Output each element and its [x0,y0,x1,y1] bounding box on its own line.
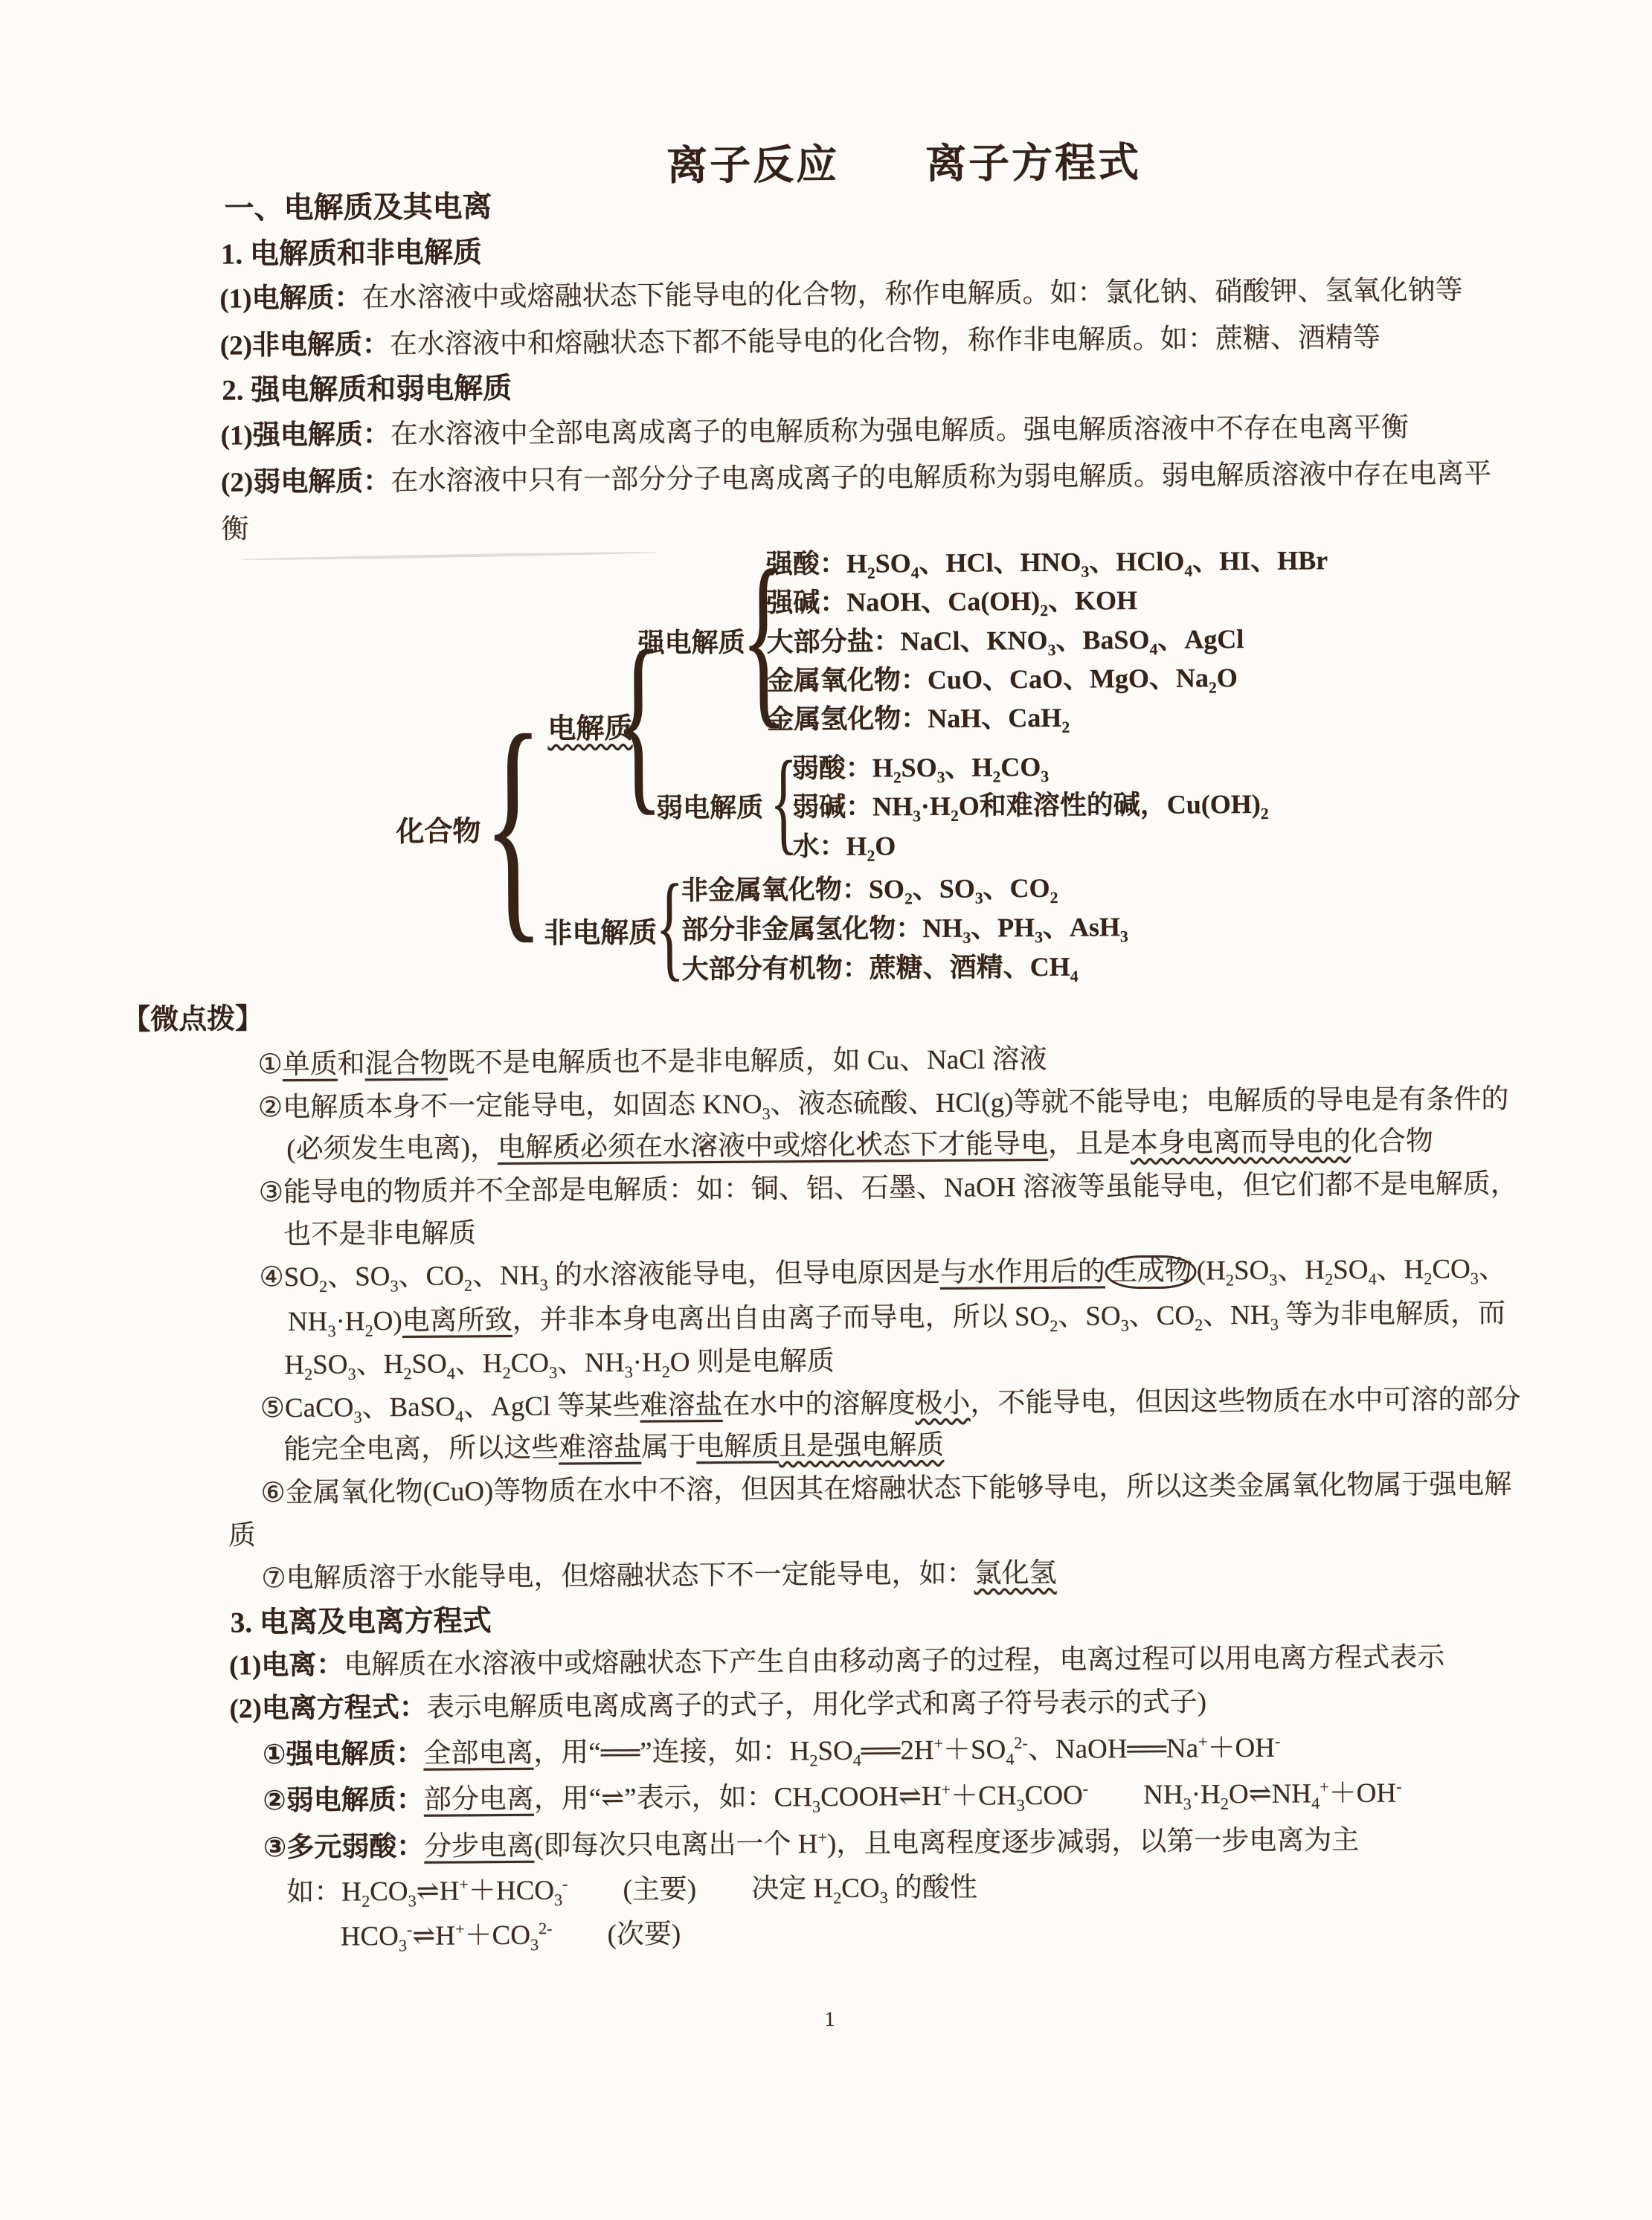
diagram-non-item-organic: 大部分有机物：蔗糖、酒精、CH4 [681,946,1078,987]
definition-weak-electrolyte-text: 在水溶液中只有一部分分子电离成离子的电解质称为弱电解质。弱电解质溶液中存在电离平 [390,459,1491,497]
tips-heading: 【微点拨】 [122,1002,263,1038]
ionization-point-weak: ②弱电解质：部分电离，用“⇌”表示，如：CH3COOH⇌H+＋CH3COO- N… [263,1777,1401,1819]
definition-ionization-equation: (2)电离方程式：表示电解质电离成离子的式子，用化学式和离子符号表示的式子) [229,1685,1206,1726]
pencil-smudge [242,551,658,562]
diagram-strong-item-metal-hydride: 金属氢化物：NaH、CaH2 [767,697,1070,737]
ionization-point-polyprotic: ③多元弱酸：分步电离(即每次只电离出一个 H+)，且电离程度逐步减弱，以第一步电… [263,1824,1360,1866]
diagram-non-item-nonmetal-hydride: 部分非金属氢化物：NH3、PH3、AsH3 [681,906,1128,947]
tips-line-4: ④SO2、SO3、CO2、NH3 的水溶液能导电，但导电原因是与水作用后的生成物… [259,1252,1506,1296]
definition-strong-electrolyte-text: 在水溶液中全部电离成离子的电解质称为强电解质。强电解质溶液中不存在电离平衡 [390,413,1409,451]
tips-line-5: ⑤CaCO3、BaSO4、AgCl 等某些难溶盐在水中的溶解度极小，不能导电，但… [260,1383,1521,1426]
subsection-2-heading: 2. 强电解质和弱电解质 [222,371,512,409]
diagram-node-non-electrolyte: 非电解质 [544,910,657,951]
ionization-point-polyprotic-text: 分步电离(即每次只电离出一个 H+)，且电离程度逐步减弱，以第一步电离为主 [424,1825,1359,1862]
tips-line-2-wrap: (必须发生电离)，电解质必须在水溶液中或熔化状态下才能导电，且是本身电离而导电的… [286,1125,1433,1167]
scanned-document-page: 离子反应 离子方程式 一、电解质及其电离 1. 电解质和非电解质 (1)电解质：… [0,0,1652,2220]
tips-line-4-wrap1: NH3·H2O)电离所致，并非本身电离出自由离子而导电，所以 SO2、SO3、C… [288,1297,1505,1340]
definition-electrolyte-text: 在水溶液中或熔融状态下能导电的化合物，称作电解质。如：氯化钠、硝酸钾、氢氧化钠等 [361,275,1462,313]
diagram-strong-item-acid: 强酸：H2SO4、HCl、HNO3、HClO4、HI、HBr [766,539,1328,581]
definition-non-electrolyte: (2)非电解质：在水溶液中和熔融状态下都不能导电的化合物，称作非电解质。如：蔗糖… [220,321,1381,364]
diagram-weak-item-water: 水：H2O [792,825,896,863]
diagram-strong-item-salt: 大部分盐：NaCl、KNO3、BaSO4、AgCl [766,618,1244,659]
brace-decoration [482,698,544,951]
tips-line-4-wrap2: H2SO3、H2SO4、H2CO3、NH3·H2O 则是电解质 [284,1345,835,1383]
diagram-weak-item-base: 弱碱：NH3·H2O和难溶性的碱，Cu(OH)2 [792,783,1269,824]
ionization-point-strong-label: ①强电解质： [263,1739,424,1771]
section-3-heading: 3. 电离及电离方程式 [231,1603,492,1641]
tips-line-6: ⑥金属氧化物(CuO)等物质在水中不溶，但因其在熔融状态下能够导电，所以这类金属… [260,1468,1511,1511]
brace-decoration [655,866,685,985]
definition-ionization-equation-text: 表示电解质电离成离子的式子，用化学式和离子符号表示的式子) [427,1687,1207,1722]
ionization-point-strong-text: 全部电离，用“══”连接，如：H2SO4══2H+＋SO42-、NaOH══Na… [423,1733,1280,1769]
section-1-heading: 一、电解质及其电离 [224,188,492,228]
page-number: 1 [824,2008,835,2032]
ionization-point-weak-label: ②弱电解质： [263,1785,424,1817]
tips-line-5-wrap: 能完全电离，所以这些难溶盐属于电解质且是强电解质 [283,1429,944,1467]
tips-line-3-wrap: 也不是非电解质 [283,1217,476,1252]
definition-weak-electrolyte-label: (2)弱电解质： [221,466,390,498]
tips-line-3: ③能导电的物质并不全部是电解质：如：铜、铝、石墨、NaOH 溶液等虽能导电，但它… [259,1168,1518,1211]
diagram-strong-item-base: 强碱：NaOH、Ca(OH)2、KOH [766,579,1137,620]
definition-non-electrolyte-text: 在水溶液中和熔融状态下都不能导电的化合物，称作非电解质。如：蔗糖、酒精等 [390,323,1381,360]
carbonic-acid-equation-2: HCO3-⇌H+＋CO32- (次要) [341,1917,681,1954]
ionization-point-polyprotic-label: ③多元弱酸： [263,1832,425,1864]
page-content: 离子反应 离子方程式 一、电解质及其电离 1. 电解质和非电解质 (1)电解质：… [0,0,1652,2220]
diagram-root-compound: 化合物 [396,808,481,849]
tips-line-1: ①单质和混合物既不是电解质也不是非电解质，如 Cu、NaCl 溶液 [257,1043,1047,1083]
diagram-weak-item-acid: 弱酸：H2SO3、H2CO3 [792,746,1050,785]
definition-strong-electrolyte-label: (1)强电解质： [221,419,390,451]
diagram-node-strong-electrolyte: 强电解质 [637,622,745,660]
diagram-strong-item-metal-oxide: 金属氧化物：CuO、CaO、MgO、Na2O [767,657,1238,698]
ionization-point-weak-text: 部分电离，用“⇌”表示，如：CH3COOH⇌H+＋CH3COO- NH3·H2O… [424,1778,1402,1815]
definition-ionization: (1)电离：电解质在水溶液中或熔融状态下产生自由移动离子的过程，电离过程可以用电… [229,1641,1444,1684]
definition-ionization-text: 电解质在水溶液中或熔融状态下产生自由移动离子的过程，电离过程可以用电离方程式表示 [344,1642,1444,1680]
definition-ionization-label: (1)电离： [229,1650,344,1682]
subsection-1-heading: 1. 电解质和非电解质 [221,235,482,273]
carbonic-acid-equation-1: 如：H2CO3⇌H+＋HCO3- (主要) 决定 H2CO3 的酸性 [286,1871,977,1911]
definition-electrolyte: (1)电解质：在水溶液中或熔融状态下能导电的化合物，称作电解质。如：氯化钠、硝酸… [219,274,1462,317]
definition-weak-electrolyte: (2)弱电解质：在水溶液中只有一部分分子电离成离子的电解质称为弱电解质。弱电解质… [221,457,1491,501]
diagram-node-weak-electrolyte: 弱电解质 [656,787,763,826]
definition-electrolyte-label: (1)电解质： [219,283,361,314]
definition-weak-electrolyte-wrap: 衡 [221,512,248,547]
ionization-point-strong: ①强电解质：全部电离，用“══”连接，如：H2SO4══2H+＋SO42-、Na… [263,1731,1281,1773]
tips-line-7: ⑦电解质溶于水能导电，但熔融状态下不一定能导电，如：氯化氢 [261,1557,1056,1597]
tips-line-6-wrap: 质 [228,1519,256,1554]
page-title: 离子反应 离子方程式 [666,138,1141,192]
definition-ionization-equation-label: (2)电离方程式： [229,1693,426,1725]
diagram-non-item-nonmetal-oxide: 非金属氧化物：SO2、SO3、CO2 [681,867,1058,908]
definition-strong-electrolyte: (1)强电解质：在水溶液中全部电离成离子的电解质称为强电解质。强电解质溶液中不存… [220,411,1408,454]
tips-line-2: ②电解质本身不一定能导电，如固态 KNO3、液态硫酸、HCl(g)等就不能导电；… [258,1083,1509,1126]
definition-non-electrolyte-label: (2)非电解质： [220,329,390,361]
